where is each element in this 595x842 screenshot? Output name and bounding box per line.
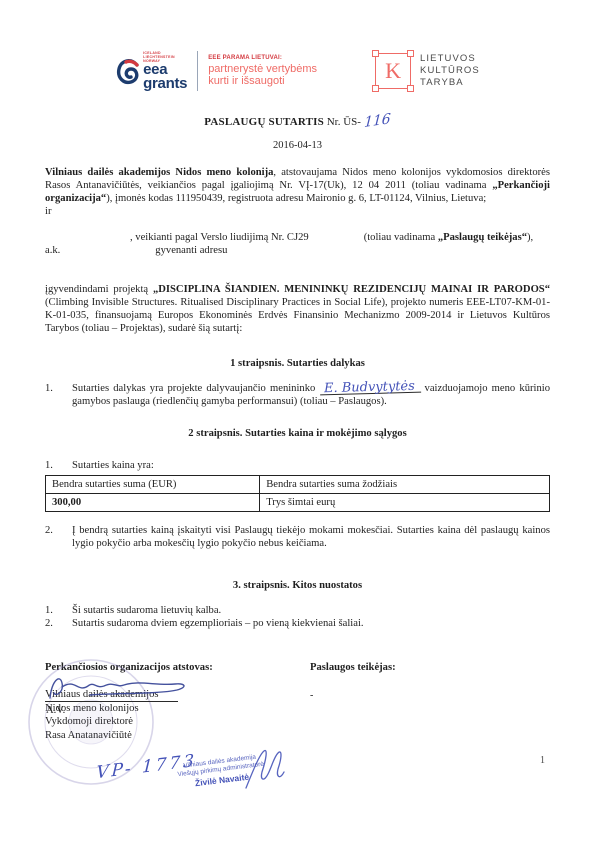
contract-title-text: PASLAUGŲ SUTARTIS <box>204 116 324 128</box>
project-paragraph: įgyvendindami projektą „DISCIPLINA ŠIAND… <box>45 283 550 335</box>
table-header-row: Bendra sutarties suma (EUR) Bendra sutar… <box>46 476 550 494</box>
section2-item1-text: Sutarties kaina yra: <box>72 459 550 472</box>
section2-heading: 2 straipsnis. Sutarties kaina ir mokėjim… <box>45 428 550 439</box>
frame-corner <box>372 50 379 57</box>
lkt-name-line3: TARYBA <box>420 77 480 89</box>
logo-divider <box>197 51 198 91</box>
project-lead: įgyvendindami projektą <box>45 284 153 295</box>
section1-item1-text: Sutarties dalykas yra projekte dalyvauja… <box>72 382 550 408</box>
section3-item2-text: Sutartis sudaroma dviem egzemplioriais –… <box>72 617 550 630</box>
handwritten-artist-name: E. Budvytytės <box>319 381 420 396</box>
handwritten-contract-number: 116 <box>364 111 392 131</box>
list-number: 1. <box>45 459 72 472</box>
frame-corner <box>407 50 414 57</box>
contract-date: 2016-04-13 <box>45 140 550 151</box>
party2-ak-label: a.k. <box>45 245 60 256</box>
list-number: 1. <box>45 604 72 617</box>
eea-program-line: EEE PARAMA LIETUVAI: <box>208 55 317 61</box>
eea-swirl-icon <box>115 57 141 91</box>
party2-line1-start: , veikianti pagal Verslo liudijimą Nr. C… <box>130 232 309 243</box>
eea-grants-logo: ICELAND LIECHTENSTEIN NORWAY eea grants … <box>115 51 317 91</box>
party2-line1-end: ), <box>527 232 533 243</box>
contract-number-prefix: Nr. ŪS- <box>324 116 361 128</box>
project-name: „DISCIPLINA ŠIANDIEN. MENININKŲ REZIDENC… <box>153 284 550 295</box>
provider-heading: Paslaugos teikėjas: <box>310 661 550 674</box>
conjunction-ir: ir <box>45 206 51 217</box>
section2-item2-text: Į bendrą sutarties kainą įskaityti visi … <box>72 524 550 550</box>
provider-signature-column: Paslaugos teikėjas: - <box>310 661 550 742</box>
party1-paragraph: Vilniaus dailės akademijos Nidos meno ko… <box>45 166 550 218</box>
price-words-cell: Trys šimtai eurų <box>260 494 550 512</box>
party2-address-label: gyvenanti adresu <box>155 245 227 256</box>
list-number: 1. <box>45 382 72 408</box>
eea-grants-mark: ICELAND LIECHTENSTEIN NORWAY eea grants <box>115 51 187 91</box>
eea-tagline-block: EEE PARAMA LIETUVAI: partnerystė vertybė… <box>208 55 317 88</box>
frame-corner <box>407 85 414 92</box>
page-number: 1 <box>540 755 545 766</box>
section3-item1-text: Ši sutartis sudaroma lietuvių kalba. <box>72 604 550 617</box>
project-rest: (Climbing Invisible Structures. Ritualis… <box>45 297 550 334</box>
header-logos: ICELAND LIECHTENSTEIN NORWAY eea grants … <box>0 0 595 98</box>
lkt-name-line1: LIETUVOS <box>420 53 480 65</box>
lkt-k-frame-icon: K <box>375 53 411 89</box>
administrator-signature <box>240 744 288 794</box>
party1-name: Vilniaus dailės akademijos Nidos meno ko… <box>45 167 273 178</box>
party2-paragraph: , veikianti pagal Verslo liudijimą Nr. C… <box>45 231 550 257</box>
document-body: PASLAUGŲ SUTARTIS Nr. ŪS-116 2016-04-13 … <box>0 113 595 742</box>
lkt-name-line2: KULTŪROS <box>420 65 480 77</box>
director-signature <box>45 670 195 704</box>
eea-slogan-line2: kurti ir išsaugoti <box>208 75 317 87</box>
section1-heading: 1 straipsnis. Sutarties dalykas <box>45 358 550 369</box>
list-number: 2. <box>45 617 72 630</box>
contract-document-page: ICELAND LIECHTENSTEIN NORWAY eea grants … <box>0 0 595 842</box>
item1-pre: Sutarties dalykas yra projekte dalyvauja… <box>72 383 320 394</box>
frame-corner <box>372 85 379 92</box>
section2-item2: 2. Į bendrą sutarties kainą įskaityti vi… <box>45 524 550 550</box>
table-row: 300,00 Trys šimtai eurų <box>46 494 550 512</box>
eea-text-block: ICELAND LIECHTENSTEIN NORWAY eea grants <box>143 51 187 91</box>
lkt-name-block: LIETUVOS KULTŪROS TARYBA <box>420 53 480 89</box>
party2-line1-mid: (toliau vadinama <box>364 232 438 243</box>
contract-price-table: Bendra sutarties suma (EUR) Bendra sutar… <box>45 475 550 512</box>
lkt-letter-k: K <box>385 60 401 82</box>
price-table-header-eur: Bendra sutarties suma (EUR) <box>46 476 260 494</box>
section1-item1: 1. Sutarties dalykas yra projekte dalyva… <box>45 382 550 408</box>
price-amount-cell: 300,00 <box>46 494 260 512</box>
party2-term: „Paslaugų teikėjas“ <box>438 232 527 243</box>
provider-mark: - <box>310 689 550 702</box>
list-number: 2. <box>45 524 72 550</box>
section2-item1: 1. Sutarties kaina yra: <box>45 459 550 472</box>
section3-item2: 2. Sutartis sudaroma dviem egzemplioriai… <box>45 617 550 630</box>
eea-slogan-line1: partnerystė vertybėms <box>208 63 317 75</box>
contract-title: PASLAUGŲ SUTARTIS Nr. ŪS-116 <box>45 113 550 129</box>
price-table-header-words: Bendra sutarties suma žodžiais <box>260 476 550 494</box>
party1-rest: ), įmonės kodas 111950439, registruota a… <box>106 193 486 204</box>
av-seal-label: A.V. <box>46 705 65 716</box>
section3-item1: 1. Ši sutartis sudaroma lietuvių kalba. <box>45 604 550 617</box>
lietuvos-kulturos-taryba-logo: K LIETUVOS KULTŪROS TARYBA <box>375 53 480 89</box>
section3-heading: 3. straipsnis. Kitos nuostatos <box>45 580 550 591</box>
eea-name-line2: grants <box>143 77 187 91</box>
signature-line <box>45 701 178 702</box>
